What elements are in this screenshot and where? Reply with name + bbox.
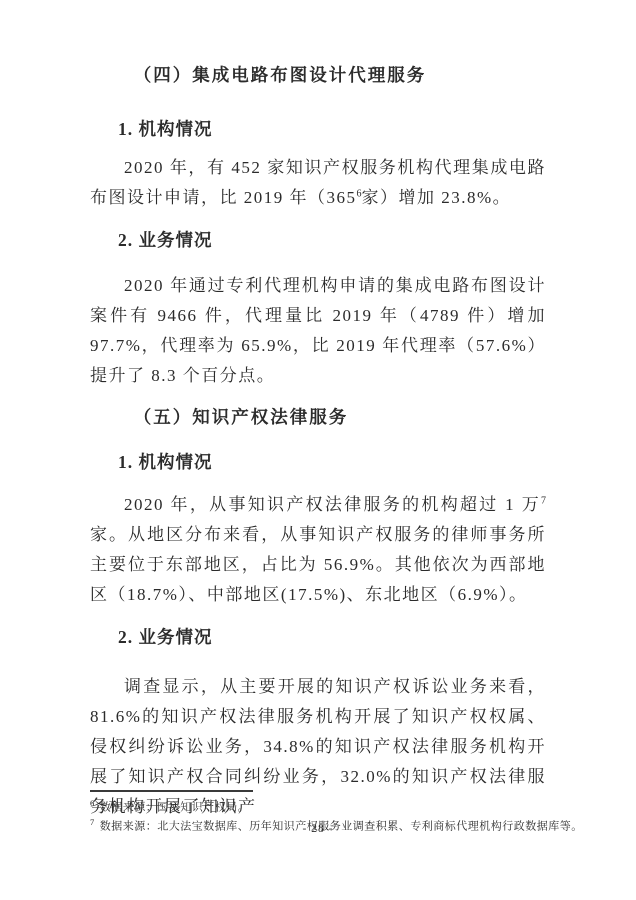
page-number: - 28 - bbox=[0, 823, 636, 835]
section-heading-4: （四）集成电路布图设计代理服务 bbox=[90, 63, 546, 87]
paragraph-text: 家。从地区分布来看，从事知识产权服务的律师事务所主要位于东部地区，占比为 56.… bbox=[90, 525, 546, 604]
footnote-separator bbox=[90, 790, 253, 792]
document-page: （四）集成电路布图设计代理服务 1. 机构情况 2020 年，有 452 家知识… bbox=[0, 0, 636, 900]
paragraph-agency-count: 2020 年，有 452 家知识产权服务机构代理集成电路布图设计申请，比 201… bbox=[90, 153, 546, 213]
footnote-marker-6: 6 bbox=[90, 798, 95, 808]
footnote-6: 6数据来源：国家知识产权局。 bbox=[90, 796, 546, 815]
paragraph-layout-design-cases: 2020 年通过专利代理机构申请的集成电路布图设计案件有 9466 件，代理量比… bbox=[90, 271, 546, 391]
subsection-heading-5-2: 2. 业务情况 bbox=[90, 625, 546, 649]
footnote-ref-7: 7 bbox=[541, 495, 546, 506]
paragraph-text: 2020 年通过专利代理机构申请的集成电路布图设计案件有 9466 件，代理量比… bbox=[90, 276, 546, 385]
page-content: （四）集成电路布图设计代理服务 1. 机构情况 2020 年，有 452 家知识… bbox=[90, 63, 546, 822]
footnote-text: 数据来源：国家知识产权局。 bbox=[100, 802, 250, 814]
subsection-heading-4-2: 2. 业务情况 bbox=[90, 228, 546, 252]
section-heading-5: （五）知识产权法律服务 bbox=[90, 405, 546, 429]
paragraph-legal-service-orgs: 2020 年，从事知识产权法律服务的机构超过 1 万7家。从地区分布来看，从事知… bbox=[90, 490, 546, 610]
subsection-heading-5-1: 1. 机构情况 bbox=[90, 450, 546, 474]
paragraph-text: 2020 年，从事知识产权法律服务的机构超过 1 万 bbox=[124, 495, 541, 514]
subsection-heading-4-1: 1. 机构情况 bbox=[90, 117, 546, 141]
paragraph-text: 家）增加 23.8%。 bbox=[362, 188, 512, 207]
